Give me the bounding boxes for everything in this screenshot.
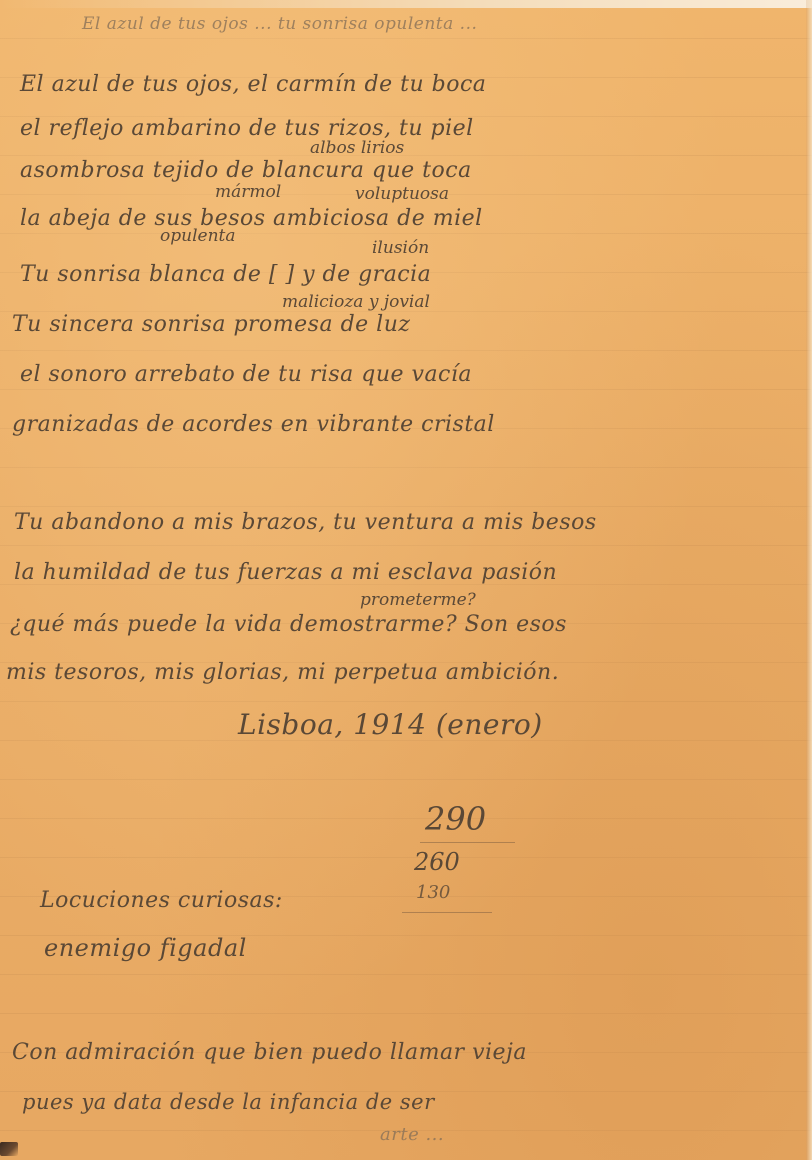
corner-tear-mark [0, 1142, 18, 1156]
insertion-maliciosa-jovial: malicioza y jovial [282, 292, 430, 312]
insertion-opulenta: opulenta [160, 226, 235, 246]
insertion-marmol: mármol [215, 182, 281, 202]
poem-line-11: ¿qué más puede la vida demostrarme? Son … [10, 612, 567, 637]
insertion-albos-lirios: albos lirios [310, 138, 404, 158]
poem-line-2: el reflejo ambarino de tus rizos, tu pie… [20, 116, 474, 141]
poem-line-4: la abeja de sus besos ambiciosa de miel [20, 206, 483, 231]
paper-top-edge [0, 0, 812, 8]
number-290: 290 [425, 800, 486, 838]
poem-line-12: mis tesoros, mis glorias, mi perpetua am… [6, 660, 559, 685]
note-locuciones: Locuciones curiosas: [40, 888, 283, 913]
poem-line-7: el sonoro arrebato de tu risa que vacía [20, 362, 472, 387]
insertion-voluptuosa: voluptuosa [355, 184, 449, 204]
poem-line-6: Tu sincera sonrisa promesa de luz [12, 312, 410, 337]
number-130: 130 [416, 882, 450, 903]
arithmetic-rule-1 [420, 842, 515, 843]
manuscript-page: El azul de tus ojos ... tu sonrisa opule… [0, 0, 812, 1160]
footer-line-3: arte ... [380, 1124, 444, 1145]
arithmetic-rule-2 [402, 912, 492, 913]
header-line: El azul de tus ojos ... tu sonrisa opule… [82, 14, 477, 34]
signature-place-date: Lisboa, 1914 (enero) [238, 708, 543, 741]
poem-line-1: El azul de tus ojos, el carmín de tu boc… [20, 72, 486, 97]
insertion-prometerme: prometerme? [360, 590, 476, 610]
poem-line-10: la humildad de tus fuerzas a mi esclava … [14, 560, 557, 585]
number-260: 260 [414, 848, 460, 876]
poem-line-9: Tu abandono a mis brazos, tu ventura a m… [14, 510, 597, 535]
footer-line-1: Con admiración que bien puedo llamar vie… [12, 1040, 527, 1065]
note-enemigo: enemigo figadal [44, 934, 247, 962]
footer-line-2: pues ya data desde la infancia de ser [22, 1090, 435, 1114]
poem-line-5: Tu sonrisa blanca de [ ] y de gracia [20, 262, 431, 287]
poem-line-3: asombrosa tejido de blancura que toca [20, 158, 472, 183]
poem-line-8: granizadas de acordes en vibrante crista… [12, 412, 495, 437]
insertion-ilusion: ilusión [372, 238, 429, 258]
paper-right-edge [806, 0, 812, 1160]
